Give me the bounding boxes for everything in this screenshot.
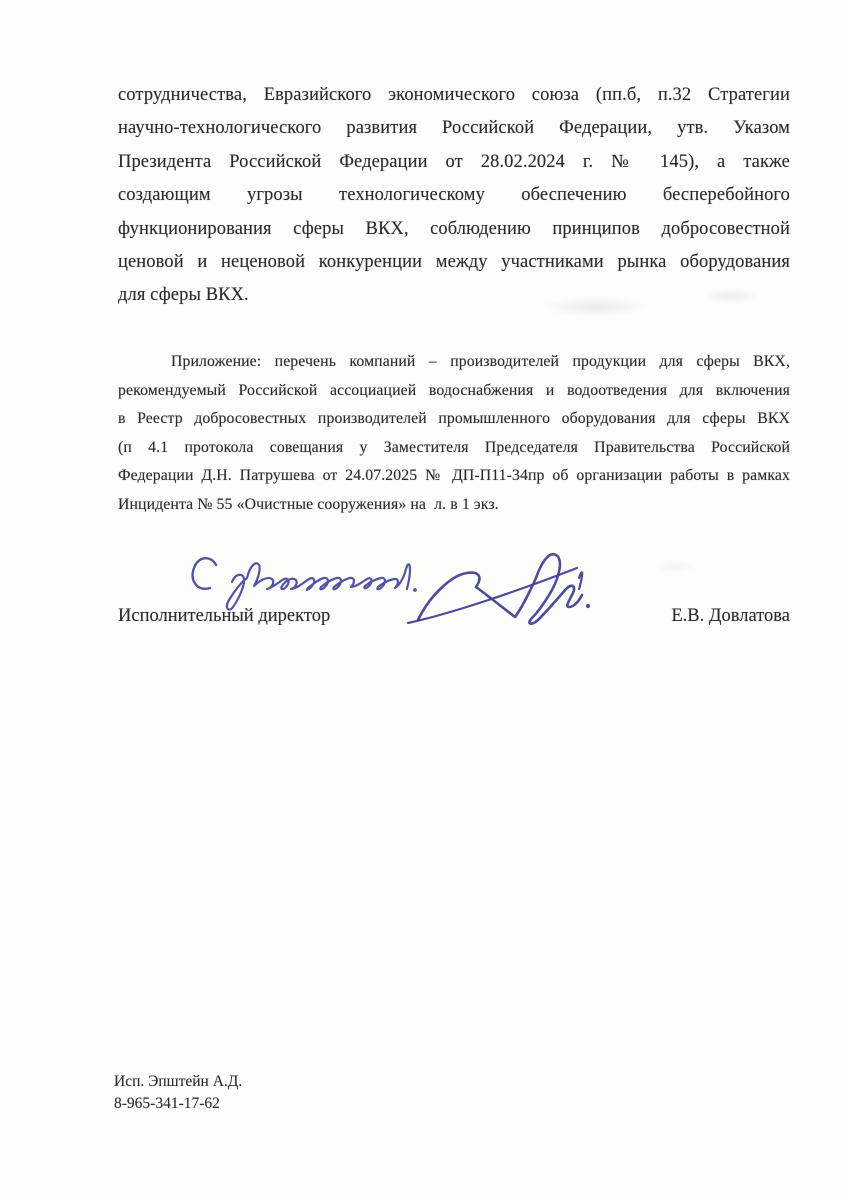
handwritten-letter-s bbox=[193, 558, 216, 589]
text-line: Федерации Д.Н. Патрушева от 24.07.2025 №… bbox=[118, 462, 790, 491]
attachment-paragraph: Приложение: перечень компаний – производ… bbox=[118, 348, 790, 520]
text-line: Президента Российской Федерации от 28.02… bbox=[118, 146, 790, 179]
handwritten-period bbox=[413, 588, 417, 592]
text-line: сотрудничества, Евразийского экономическ… bbox=[118, 79, 790, 112]
text-line: для сферы ВКХ. bbox=[118, 279, 790, 312]
text-line: функционирования сферы ВКХ, соблюдению п… bbox=[118, 213, 790, 246]
text-line: в Реестр добросовестных производителей п… bbox=[118, 405, 790, 434]
signature-end-tick bbox=[579, 572, 582, 589]
scanned-letter-page: сотрудничества, Евразийского экономическ… bbox=[0, 0, 848, 1200]
text-line: Инцидента № 55 «Очистные сооружения» на … bbox=[118, 491, 790, 520]
signature-row: Исполнительный директор Е.В. Довлатова bbox=[118, 603, 790, 629]
text-line: создающим угрозы технологическому обеспе… bbox=[118, 179, 790, 212]
text-line: (п 4.1 протокола совещания у Заместителя… bbox=[118, 434, 790, 463]
executor-footer: Исп. Эпштейн А.Д. 8-965-341-17-62 bbox=[114, 1071, 242, 1115]
text-line: рекомендуемый Российской ассоциацией вод… bbox=[118, 377, 790, 406]
signer-title: Исполнительный директор bbox=[118, 603, 330, 629]
scan-smudge bbox=[652, 560, 696, 574]
executor-name: Исп. Эпштейн А.Д. bbox=[114, 1071, 242, 1093]
text-line: научно-технологического развития Российс… bbox=[118, 112, 790, 145]
body-paragraph: сотрудничества, Евразийского экономическ… bbox=[118, 79, 790, 313]
signer-name: Е.В. Довлатова bbox=[671, 603, 790, 629]
executor-phone: 8-965-341-17-62 bbox=[114, 1093, 242, 1115]
text-line: ценовой и неценовой конкуренции между уч… bbox=[118, 246, 790, 279]
text-line: Приложение: перечень компаний – производ… bbox=[118, 348, 790, 377]
